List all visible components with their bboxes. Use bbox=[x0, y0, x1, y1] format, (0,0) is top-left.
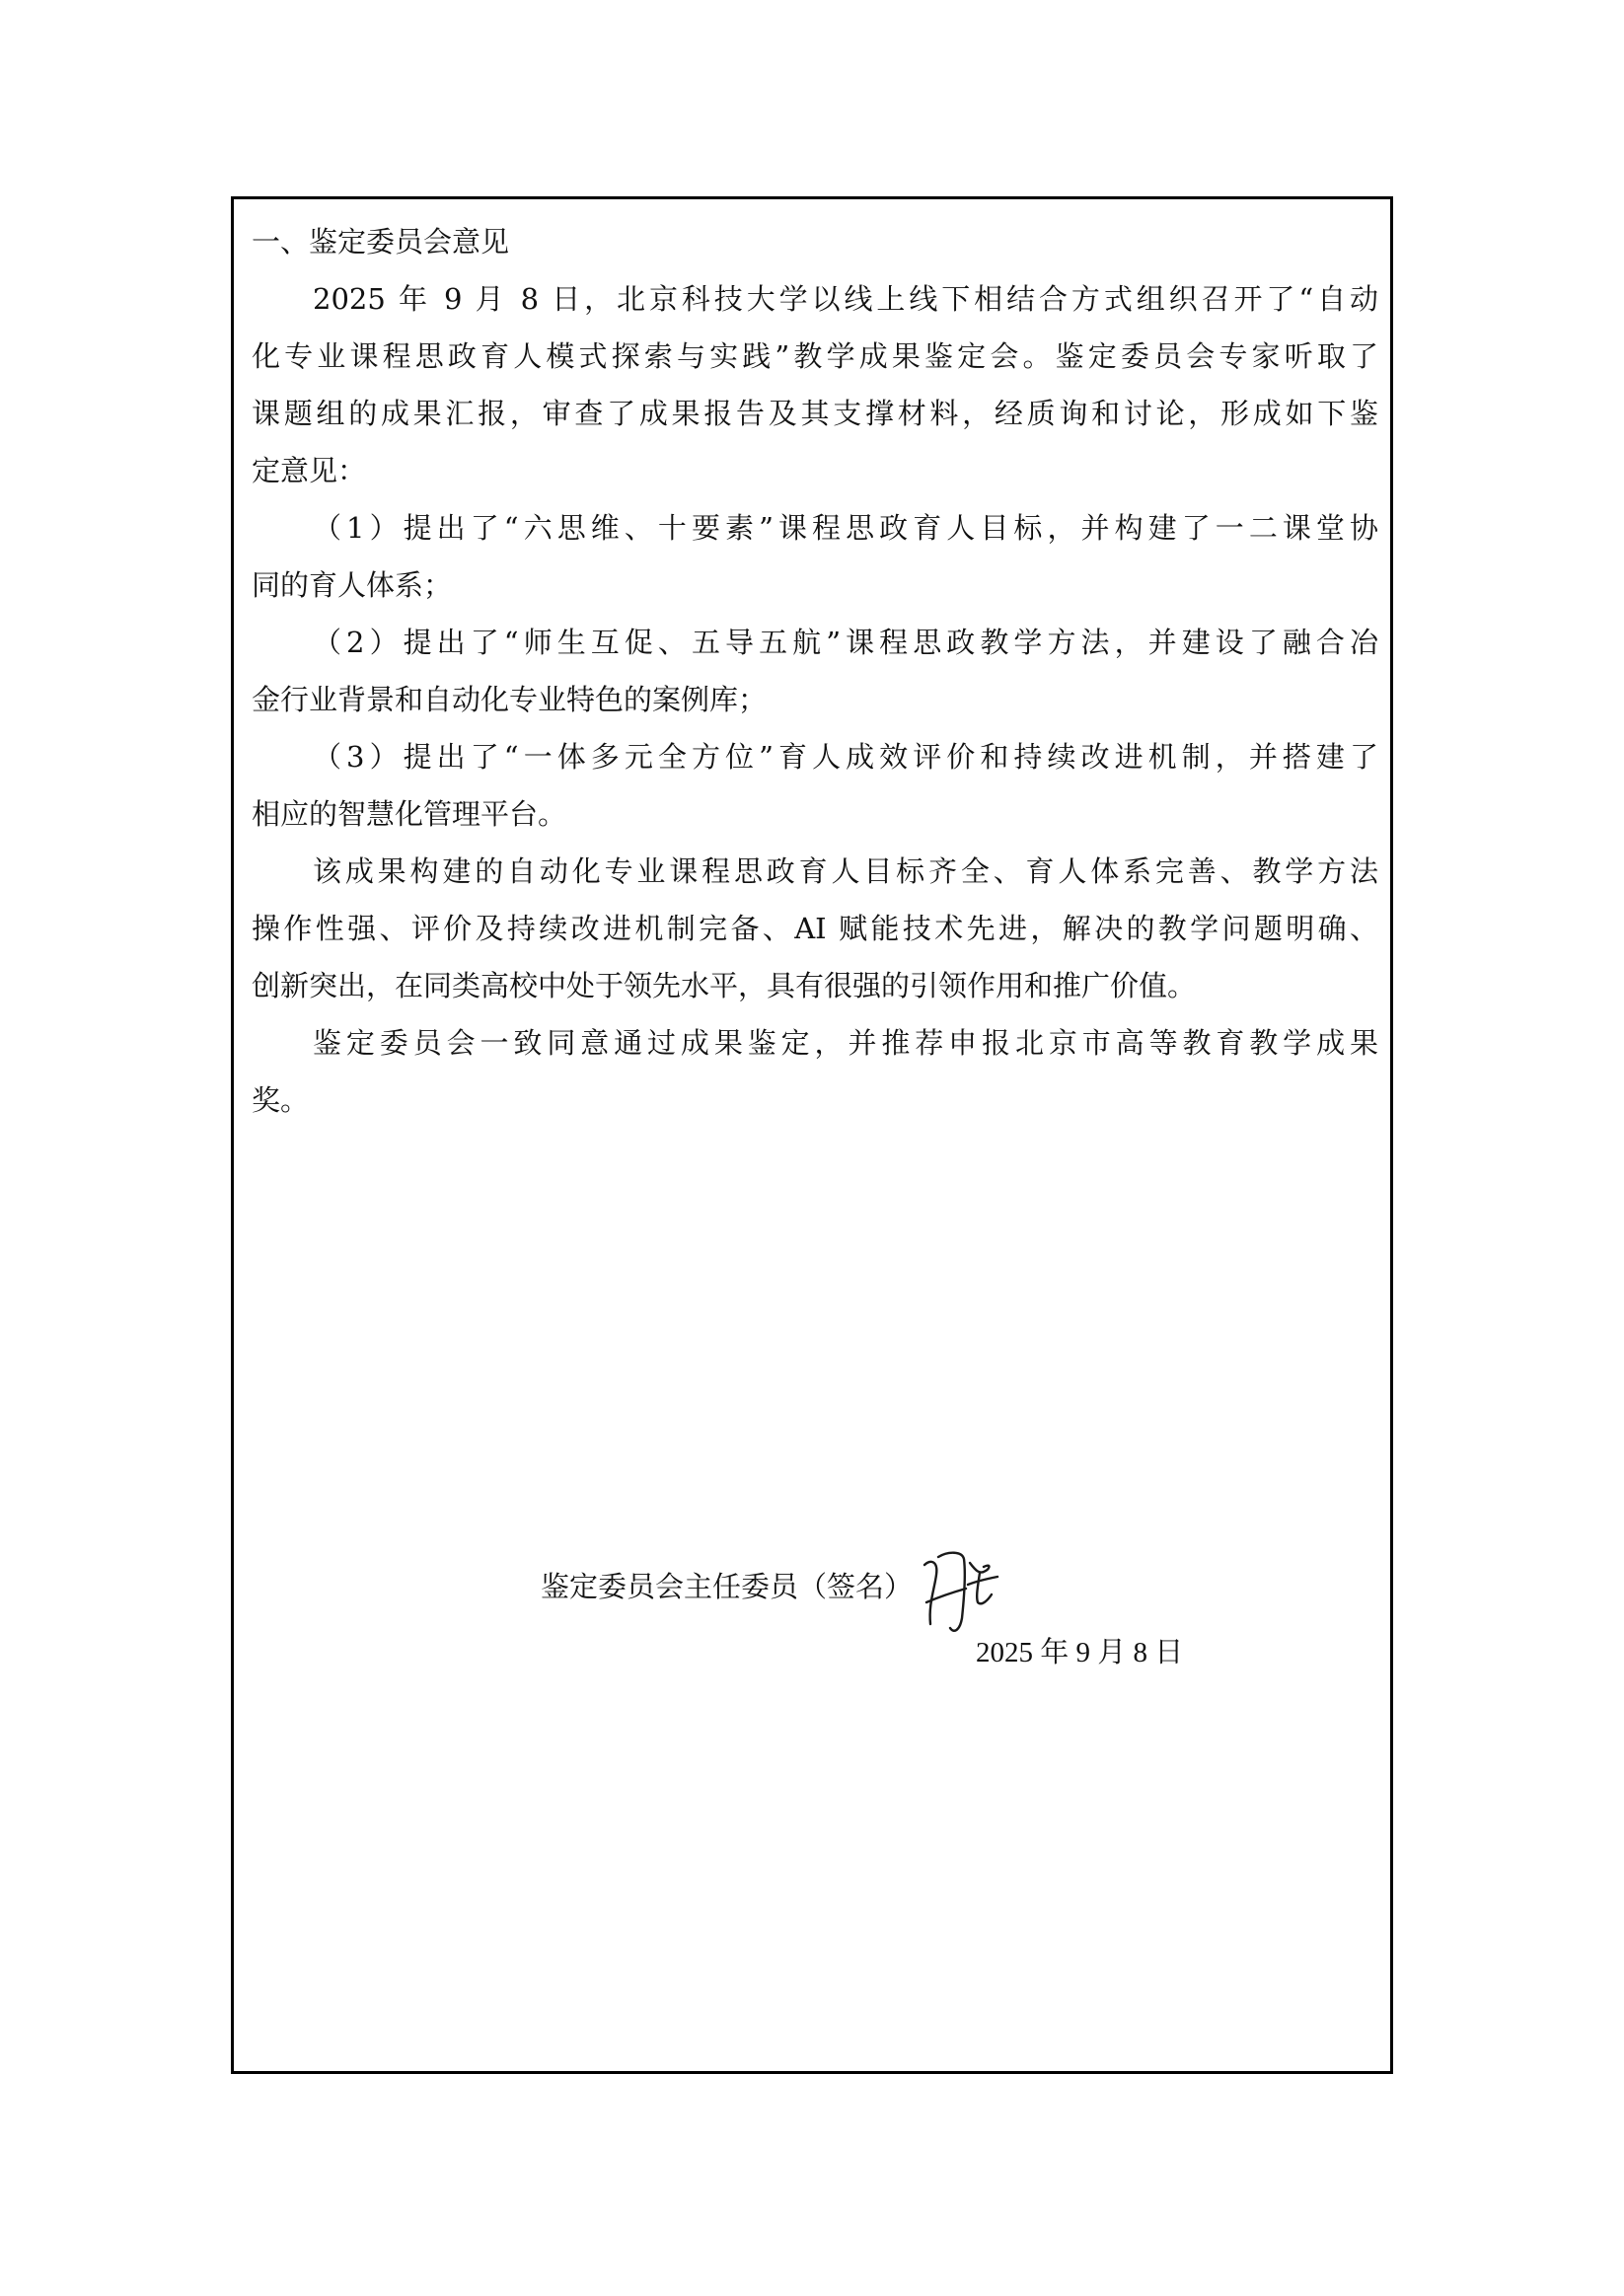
signature-date: 2025 年 9 月 8 日 bbox=[976, 1624, 1183, 1681]
conclusion-line-2: 奖。 bbox=[252, 1072, 1378, 1129]
paragraph-1-line-3: 课题组的成果汇报，审查了成果报告及其支撑材料，经质询和讨论，形成如下鉴 bbox=[252, 385, 1378, 442]
opinion-item-3-line-2: 相应的智慧化管理平台。 bbox=[252, 785, 1378, 843]
opinion-item-3-line-1: （3）提出了“一体多元全方位”育人成效评价和持续改进机制，并搭建了 bbox=[252, 728, 1378, 785]
opinion-box: 一、鉴定委员会意见 2025 年 9 月 8 日，北京科技大学以线上线下相结合方… bbox=[231, 196, 1393, 2074]
evaluation-line-1: 该成果构建的自动化专业课程思政育人目标齐全、育人体系完善、教学方法 bbox=[252, 843, 1378, 900]
opinion-content: 一、鉴定委员会意见 2025 年 9 月 8 日，北京科技大学以线上线下相结合方… bbox=[252, 213, 1378, 1129]
signature-label: 鉴定委员会主任委员（签名） bbox=[541, 1558, 913, 1615]
paragraph-1-line-1: 2025 年 9 月 8 日，北京科技大学以线上线下相结合方式组织召开了“自动 bbox=[252, 270, 1378, 328]
evaluation-line-2: 操作性强、评价及持续改进机制完备、AI 赋能技术先进，解决的教学问题明确、 bbox=[252, 900, 1378, 957]
opinion-item-2-line-1: （2）提出了“师生互促、五导五航”课程思政教学方法，并建设了融合冶 bbox=[252, 614, 1378, 671]
section-title: 一、鉴定委员会意见 bbox=[252, 213, 1378, 270]
paragraph-1-line-4: 定意见： bbox=[252, 442, 1378, 499]
evaluation-line-3: 创新突出，在同类高校中处于领先水平，具有很强的引领作用和推广价值。 bbox=[252, 957, 1378, 1014]
opinion-item-2-line-2: 金行业背景和自动化专业特色的案例库； bbox=[252, 671, 1378, 728]
opinion-item-1-line-2: 同的育人体系； bbox=[252, 556, 1378, 614]
signature-row: 鉴定委员会主任委员（签名） bbox=[541, 1537, 1027, 1636]
conclusion-line-1: 鉴定委员会一致同意通过成果鉴定，并推荐申报北京市高等教育教学成果 bbox=[252, 1014, 1378, 1072]
paragraph-1-line-2: 化专业课程思政育人模式探索与实践”教学成果鉴定会。鉴定委员会专家听取了 bbox=[252, 328, 1378, 385]
opinion-item-1-line-1: （1）提出了“六思维、十要素”课程思政育人目标，并构建了一二课堂协 bbox=[252, 499, 1378, 556]
